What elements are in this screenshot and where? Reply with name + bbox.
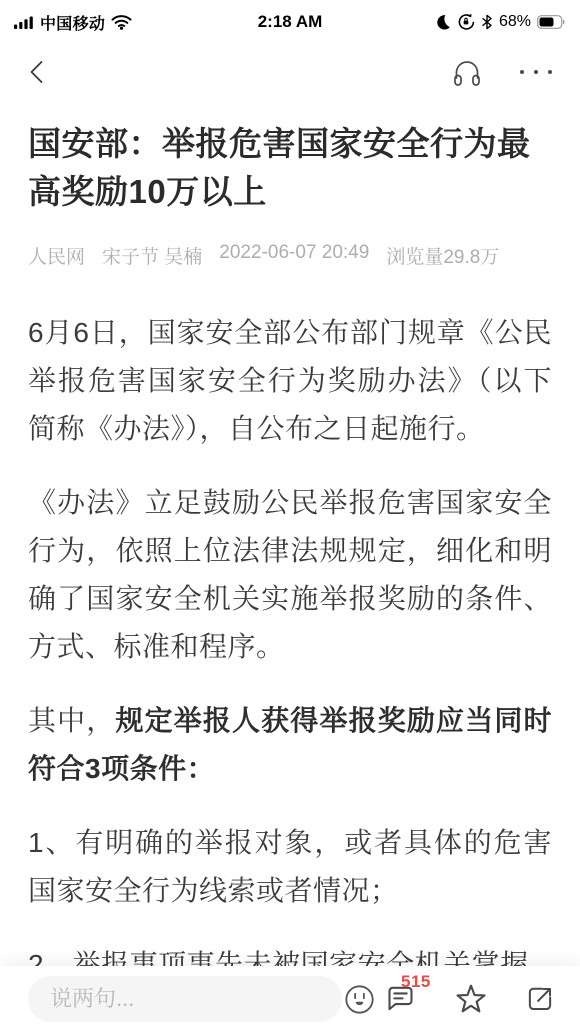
bottom-toolbar: 515 (0, 966, 580, 1032)
paragraph-clipped: 2、举报事项事先未被国家安全机关掌握 (28, 941, 552, 966)
emoji-smile-icon (344, 984, 375, 1015)
carrier-label: 中国移动 (40, 11, 105, 34)
share-icon (524, 983, 556, 1015)
article-scroll-area[interactable]: 国安部：举报危害国家安全行为最高奖励10万以上 人民网 宋子节 吴楠 2022-… (0, 100, 580, 966)
paragraph: 1、有明确的举报对象，或者具体的危害国家安全行为线索或者情况； (28, 819, 552, 915)
comment-input[interactable] (28, 986, 344, 1012)
source-label: 人民网 (28, 242, 85, 269)
emoji-button[interactable] (344, 984, 375, 1015)
comment-input-pill[interactable] (28, 976, 342, 1022)
battery-percent-label: 68% (499, 13, 531, 31)
paragraph: 6月6日，国家安全部公布部门规章《公民举报危害国家安全行为奖励办法》（以下简称《… (28, 309, 552, 453)
paragraph: 其中，规定举报人获得举报奖励应当同时符合3项条件： (28, 697, 552, 793)
moon-icon (434, 14, 451, 31)
battery-icon (537, 15, 566, 29)
share-button[interactable] (524, 983, 556, 1015)
article-byline: 人民网 宋子节 吴楠 2022-06-07 20:49 浏览量29.8万 (28, 242, 552, 269)
favorite-button[interactable] (454, 982, 488, 1016)
orientation-lock-icon (457, 13, 475, 31)
status-bar: 中国移动 2:18 AM (0, 0, 580, 44)
star-icon (454, 982, 488, 1016)
listen-audio-button[interactable] (450, 56, 484, 88)
more-ellipsis-icon (518, 67, 554, 77)
view-count-label: 浏览量29.8万 (386, 242, 499, 269)
publish-date-label: 2022-06-07 20:49 (219, 242, 369, 269)
back-button[interactable] (26, 59, 48, 85)
article-title: 国安部：举报危害国家安全行为最高奖励10万以上 (28, 120, 552, 216)
comment-count-badge: 515 (401, 972, 431, 992)
more-options-button[interactable] (518, 67, 554, 77)
paragraph: 《办法》立足鼓励公民举报危害国家安全行为，依照上位法律法规规定，细化和明确了国家… (28, 479, 552, 671)
app-screen: 中国移动 2:18 AM (0, 0, 580, 1032)
clock-time: 2:18 AM (258, 12, 323, 32)
nav-bar (0, 44, 580, 100)
back-chevron-icon (26, 59, 48, 85)
authors-label: 宋子节 吴楠 (102, 242, 202, 269)
comments-button[interactable]: 515 (384, 983, 417, 1016)
headphones-icon (450, 56, 484, 88)
bluetooth-icon (481, 14, 493, 30)
wifi-icon (111, 15, 132, 30)
signal-icon (14, 16, 34, 29)
